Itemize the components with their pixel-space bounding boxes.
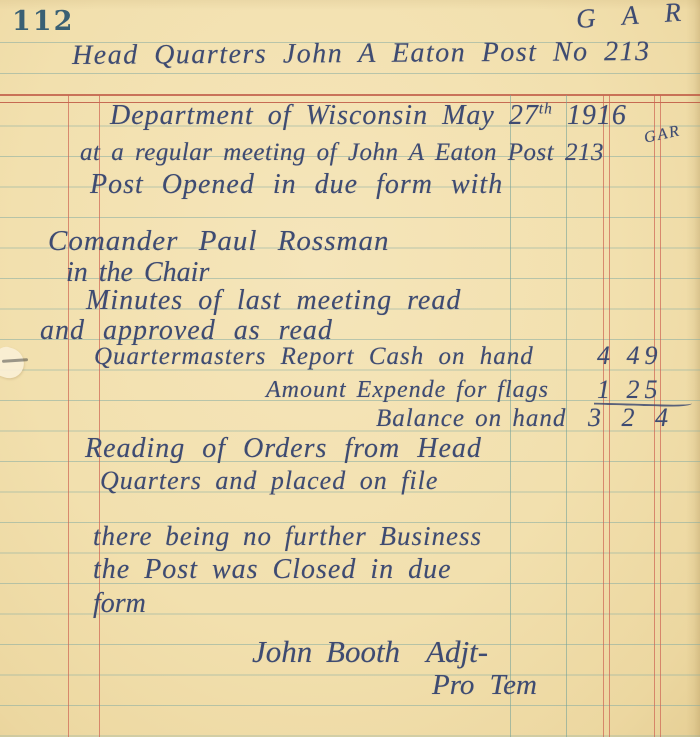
ledger-row-label: Quartermasters Report Cash on hand xyxy=(94,343,534,371)
minutes-line-1: Minutes of last meeting read xyxy=(86,285,461,317)
closing-line-2: the Post was Closed in due xyxy=(93,554,452,586)
gar-heading: G A R xyxy=(575,0,692,35)
meeting-line: at a regular meeting of John A Eaton Pos… xyxy=(80,139,604,167)
ledger-row-amount: 3 2 4 xyxy=(588,403,675,433)
orders-line-2: Quarters and placed on file xyxy=(100,466,438,496)
signature-suffix: Pro Tem xyxy=(432,669,537,702)
margin-line-red xyxy=(68,95,69,737)
page-number: 112 xyxy=(12,6,74,37)
ruled-line xyxy=(0,73,700,74)
page-title: Head Quarters John A Eaton Post No 213 xyxy=(72,36,651,72)
ledger-page: 112 G A R Head Quarters John A Eaton Pos… xyxy=(0,0,700,737)
date-year: 1916 xyxy=(553,100,627,131)
signature-line: John BoothAdjt- xyxy=(252,634,488,670)
ledger-row-amount: 4 49 xyxy=(597,341,663,371)
orders-line-1: Reading of Orders from Head xyxy=(85,433,482,465)
date-line: Department of Wisconsin May 27th 1916 xyxy=(110,100,627,132)
closing-line-3: form xyxy=(93,588,146,620)
commander-line: Comander Paul Rossman xyxy=(48,225,389,258)
signature-title: Adjt- xyxy=(426,634,488,669)
date-superscript: th xyxy=(539,101,553,118)
date-line-text: Department of Wisconsin May 27 xyxy=(110,100,539,131)
signature-name: John Booth xyxy=(252,634,400,669)
opening-line: Post Opened in due form with xyxy=(90,169,503,201)
ledger-row-label: Balance on hand xyxy=(376,405,566,433)
closing-line-1: there being no further Business xyxy=(93,521,482,552)
ledger-row-label: Amount Expende for flags xyxy=(266,377,549,404)
